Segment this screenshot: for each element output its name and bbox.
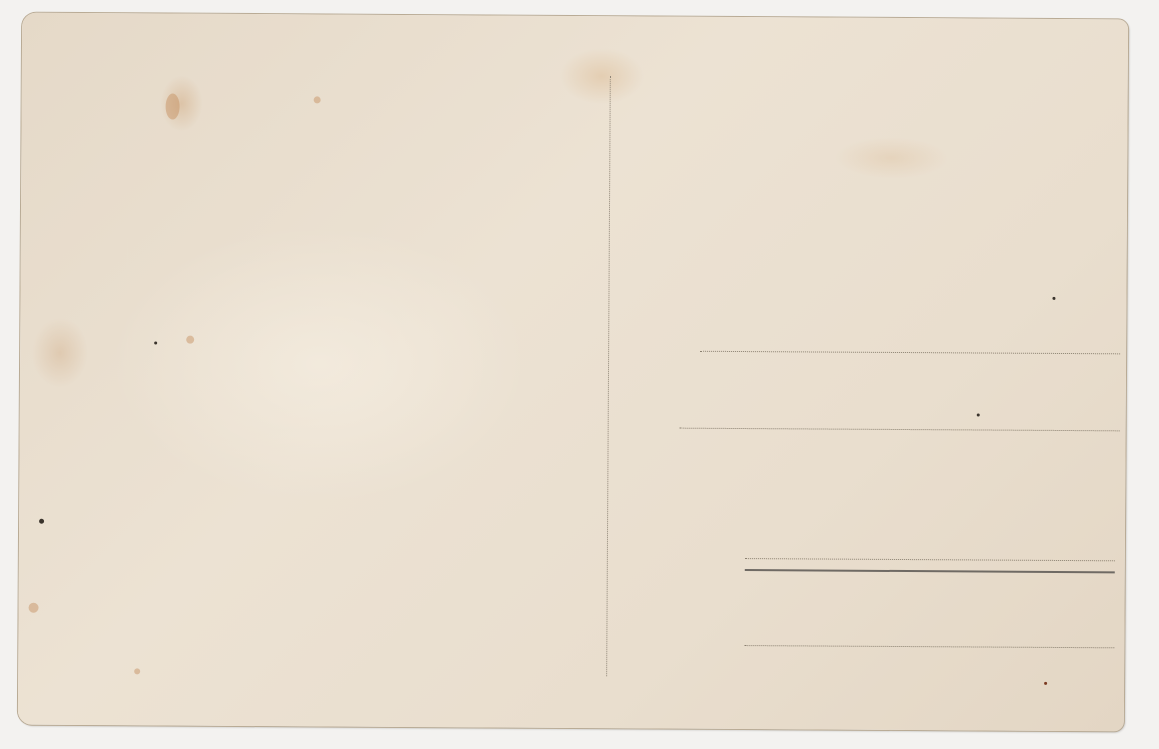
foxing-stain — [166, 94, 180, 120]
ink-speck — [39, 519, 44, 524]
postcard-back — [18, 13, 1128, 732]
ink-speck — [154, 341, 157, 344]
foxing-stain — [314, 96, 321, 103]
address-line-1 — [700, 351, 1120, 355]
foxing-stain — [134, 668, 140, 674]
foxing-stain — [29, 603, 39, 613]
foxing-stain — [186, 336, 194, 344]
address-line-solid — [745, 569, 1115, 573]
ink-speck — [977, 413, 980, 416]
center-divider-line — [606, 76, 611, 676]
ink-speck — [1044, 682, 1047, 685]
address-line-4 — [744, 645, 1114, 648]
ink-speck — [1052, 297, 1055, 300]
address-line-2 — [680, 428, 1120, 432]
address-line-3 — [745, 558, 1115, 561]
